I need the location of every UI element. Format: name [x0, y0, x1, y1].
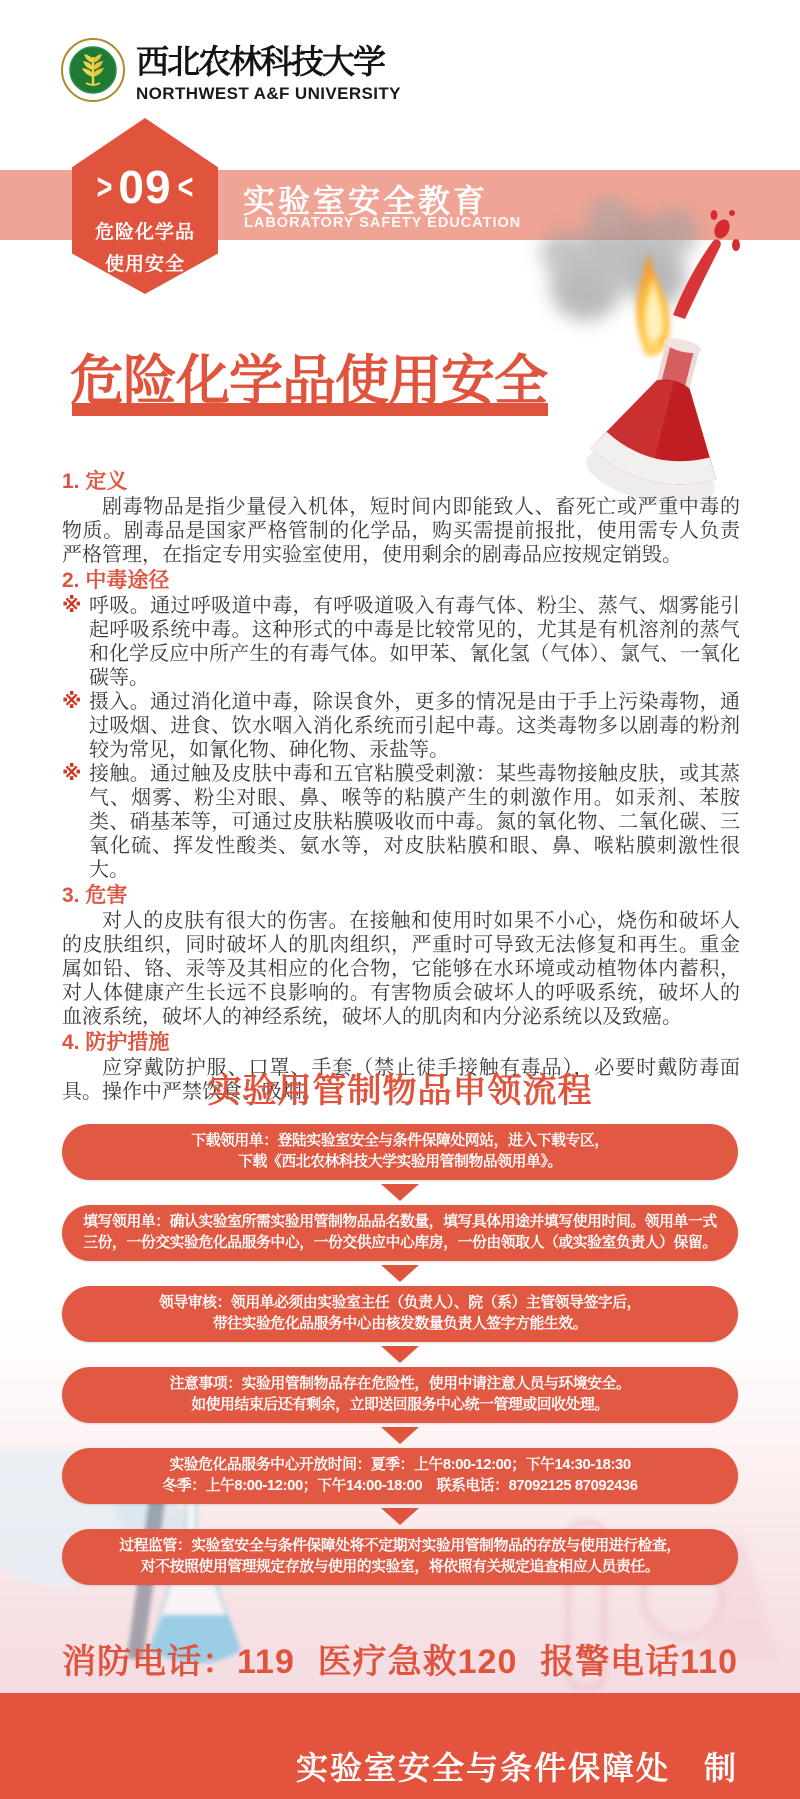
- chevron-right-icon: >: [97, 169, 113, 205]
- arrow-down-icon: [381, 1346, 419, 1363]
- section-heading: 3. 危害: [62, 883, 740, 909]
- process-title: 实验用管制物品申领流程: [0, 1063, 800, 1112]
- bullet-contact: ※ 接触。通过触及皮肤中毒和五官粘膜受刺激：某些毒物接触皮肤，或其蒸气、烟雾、粉…: [62, 762, 740, 882]
- university-name-block: 西北农林科技大学 NORTHWEST A&F UNIVERSITY: [136, 36, 401, 104]
- medical-phone: 医疗急救120: [318, 1634, 518, 1683]
- step-line: 领导审核：领用单必须由实验室主任（负责人）、院（系）主管领导签字后，: [72, 1293, 728, 1314]
- arrow-down-icon: [381, 1265, 419, 1282]
- bullet-text: 摄入。通过消化道中毒，除误食外，更多的情况是由于手上污染毒物，通过吸烟、进食、饮…: [89, 690, 740, 762]
- step-line: 如使用结束后还有剩余，立即送回服务中心统一管理或回收处理。: [72, 1395, 728, 1416]
- emergency-numbers: 消防电话：119 医疗急救120 报警电话110: [62, 1634, 738, 1683]
- step-line: 带往实验危化品服务中心由核发数量负责人签字方能生效。: [72, 1314, 728, 1335]
- body-content: 1. 定义 剧毒物品是指少量侵入机体，短时间内即能致人、畜死亡或严重中毒的物质。…: [62, 468, 740, 1104]
- section-paragraph: 对人的皮肤有很大的伤害。在接触和使用时如果不小心，烧伤和破坏人的皮肤组织，同时破…: [62, 909, 740, 1029]
- process-steps: 下载领用单：登陆实验室安全与条件保障处网站，进入下载专区， 下载《西北农林科技大…: [62, 1124, 738, 1585]
- bullet-ingestion: ※ 摄入。通过消化道中毒，除误食外，更多的情况是由于手上污染毒物，通过吸烟、进食…: [62, 690, 740, 762]
- bullet-text: 接触。通过触及皮肤中毒和五官粘膜受刺激：某些毒物接触皮肤，或其蒸气、烟雾、粉尘对…: [89, 762, 740, 882]
- process-step-download: 下载领用单：登陆实验室安全与条件保障处网站，进入下载专区， 下载《西北农林科技大…: [62, 1124, 738, 1180]
- step-line: 实验危化品服务中心开放时间：夏季：上午8:00-12:00；下午14:30-18…: [72, 1455, 728, 1476]
- section-heading: 1. 定义: [62, 469, 740, 495]
- title-underline: [72, 403, 548, 416]
- section-heading: 2. 中毒途径: [62, 568, 740, 594]
- process-step-supervision: 过程监管：实验室安全与条件保障处将不定期对实验用管制物品的存放与使用进行检查， …: [62, 1529, 738, 1585]
- section-heading: 4. 防护措施: [62, 1030, 740, 1056]
- process-step-precautions: 注意事项：实验用管制物品存在危险性，使用中请注意人员与环境安全。 如使用结束后还…: [62, 1367, 738, 1423]
- university-logo: 西北农林科技大学 NORTHWEST A&F UNIVERSITY: [60, 36, 401, 104]
- process-step-leader-review: 领导审核：领用单必须由实验室主任（负责人）、院（系）主管领导签字后， 带往实验危…: [62, 1286, 738, 1342]
- step-line: 注意事项：实验用管制物品存在危险性，使用中请注意人员与环境安全。: [72, 1374, 728, 1395]
- step-line: 下载《西北农林科技大学实验用管制物品领用单》。: [72, 1152, 728, 1173]
- reference-mark-icon: ※: [62, 762, 89, 882]
- chevron-left-icon: <: [178, 169, 194, 205]
- bullet-text: 呼吸。通过呼吸道中毒，有呼吸道吸入有毒气体、粉尘、蒸气、烟雾能引起呼吸系统中毒。…: [89, 594, 740, 690]
- arrow-down-icon: [381, 1184, 419, 1201]
- band-subtitle: LABORATORY SAFETY EDUCATION: [244, 215, 521, 231]
- university-emblem-icon: [60, 37, 126, 103]
- arrow-down-icon: [381, 1508, 419, 1525]
- step-line: 三份，一份交实验危化品服务中心，一份交供应中心库房，一份由领取人（或实验室负责人…: [72, 1233, 728, 1254]
- section-poisoning-routes: 2. 中毒途径 ※ 呼吸。通过呼吸道中毒，有呼吸道吸入有毒气体、粉尘、蒸气、烟雾…: [62, 568, 740, 882]
- footer-credit: 实验室安全与条件保障处 制: [296, 1743, 738, 1789]
- bullet-breathing: ※ 呼吸。通过呼吸道中毒，有呼吸道吸入有毒气体、粉尘、蒸气、烟雾能引起呼吸系统中…: [62, 594, 740, 690]
- reference-mark-icon: ※: [62, 690, 89, 762]
- fire-phone: 消防电话：119: [62, 1634, 295, 1683]
- poster-root: 西北农林科技大学 NORTHWEST A&F UNIVERSITY 实验室安全教…: [0, 0, 800, 1799]
- step-line: 对不按照使用管理规定存放与使用的实验室，将依照有关规定追查相应人员责任。: [72, 1557, 728, 1578]
- step-line: 过程监管：实验室安全与条件保障处将不定期对实验用管制物品的存放与使用进行检查，: [72, 1536, 728, 1557]
- process-step-opening-hours: 实验危化品服务中心开放时间：夏季：上午8:00-12:00；下午14:30-18…: [62, 1448, 738, 1504]
- arrow-down-icon: [381, 1427, 419, 1444]
- chapter-badge: > 09 < 危险化学品 使用安全: [72, 118, 218, 294]
- flame: [637, 253, 670, 356]
- step-line: 填写领用单：确认实验室所需实验用管制物品品名数量，填写具体用途并填写使用时间。领…: [72, 1212, 728, 1233]
- badge-number: 09: [118, 164, 171, 210]
- university-name-en: NORTHWEST A&F UNIVERSITY: [136, 84, 401, 104]
- process-step-fill-form: 填写领用单：确认实验室所需实验用管制物品品名数量，填写具体用途并填写使用时间。领…: [62, 1205, 738, 1261]
- step-line: 下载领用单：登陆实验室安全与条件保障处网站，进入下载专区，: [72, 1131, 728, 1152]
- police-phone: 报警电话110: [540, 1634, 738, 1683]
- section-hazards: 3. 危害 对人的皮肤有很大的伤害。在接触和使用时如果不小心，烧伤和破坏人的皮肤…: [62, 883, 740, 1029]
- badge-topic-line1: 危险化学品: [72, 217, 218, 244]
- badge-topic-line2: 使用安全: [72, 249, 218, 276]
- footer-band: 实验室安全与条件保障处 制: [0, 1693, 800, 1799]
- step-line: 冬季：上午8:00-12:00；下午14:00-18:00 联系电话：87092…: [72, 1476, 728, 1497]
- section-definition: 1. 定义 剧毒物品是指少量侵入机体，短时间内即能致人、畜死亡或严重中毒的物质。…: [62, 469, 740, 567]
- university-name-cn: 西北农林科技大学: [136, 36, 401, 83]
- reference-mark-icon: ※: [62, 594, 89, 690]
- badge-number-row: > 09 <: [72, 164, 218, 210]
- section-paragraph: 剧毒物品是指少量侵入机体，短时间内即能致人、畜死亡或严重中毒的物质。剧毒品是国家…: [62, 495, 740, 567]
